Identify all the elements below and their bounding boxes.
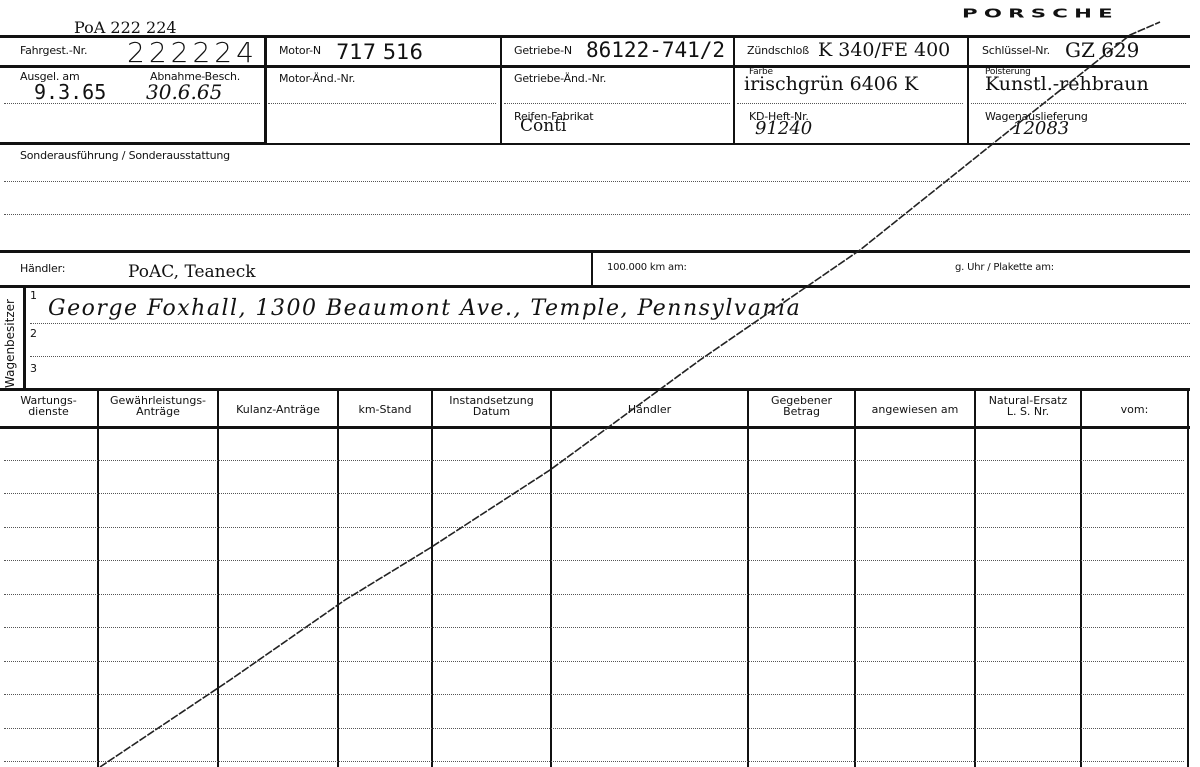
polsterung-value: Kunstl.-rehbraun [985,73,1149,95]
getriebe-aend-label: Getriebe-Änd.-Nr. [514,72,606,85]
kd-heft-value: 91240 [755,118,812,139]
porsche-logo: PORSCHE [962,6,1119,21]
fahrgest-label: Fahrgest.-Nr. [20,44,87,57]
motor-label: Motor-N [279,44,321,57]
col-header-km-stand: km-Stand [339,404,431,415]
owner-row-num: 1 [30,289,37,302]
zuendschloss-label: Zündschloß [747,44,809,57]
motor-aend-label: Motor-Änd.-Nr. [279,72,355,85]
uhr-label: g. Uhr / Plakette am: [955,262,1054,273]
sonder-label: Sonderausführung / Sonderausstattung [20,149,230,162]
col-header-vom: vom: [1082,404,1187,415]
haendler-value: PoAC, Teaneck [128,262,256,282]
schluessel-label: Schlüssel-Nr. [982,44,1050,57]
fahrgest-value: 222224 [127,36,258,69]
ausgel-value: 9.3.65 [34,80,106,104]
zuendschloss-value: K 340/FE 400 [818,39,950,61]
col-header-kulanz: Kulanz-Anträge [219,404,337,415]
farbe-value: irischgrün 6406 K [744,73,918,95]
getriebe-value: 86122-741/2 [586,38,725,62]
reifen-value: Conti [520,116,566,136]
owner-row-num: 2 [30,327,37,340]
owner-row-num: 3 [30,362,37,375]
col-header-natural-ersatz: Natural-ErsatzL. S. Nr. [976,395,1080,417]
abnahme-value: 30.6.65 [146,80,222,104]
wagenbesitzer-label: Wagenbesitzer [3,299,17,388]
motor-value: 717 516 [336,40,423,64]
wagenauslieferung-value: 12083 [1012,118,1069,139]
col-header-instandsetzung: InstandsetzungDatum [433,395,550,417]
schluessel-value: GZ 629 [1065,38,1139,62]
sonder-line-2 [4,214,1190,215]
haendler-label: Händler: [20,262,65,275]
col-header-angewiesen: angewiesen am [856,404,974,415]
col-header-haendler: Händler [552,404,747,415]
col-header-gewaehrleistung: Gewährleistungs-Anträge [99,395,217,417]
sonder-line-1 [4,181,1190,182]
col-header-betrag: GegebenerBetrag [749,395,854,417]
km-label: 100.000 km am: [607,262,687,273]
owner-row-value: George Foxhall, 1300 Beaumont Ave., Temp… [48,296,801,321]
getriebe-label: Getriebe-N [514,44,572,57]
col-header-wartungsdienste: Wartungs-dienste [0,395,97,417]
